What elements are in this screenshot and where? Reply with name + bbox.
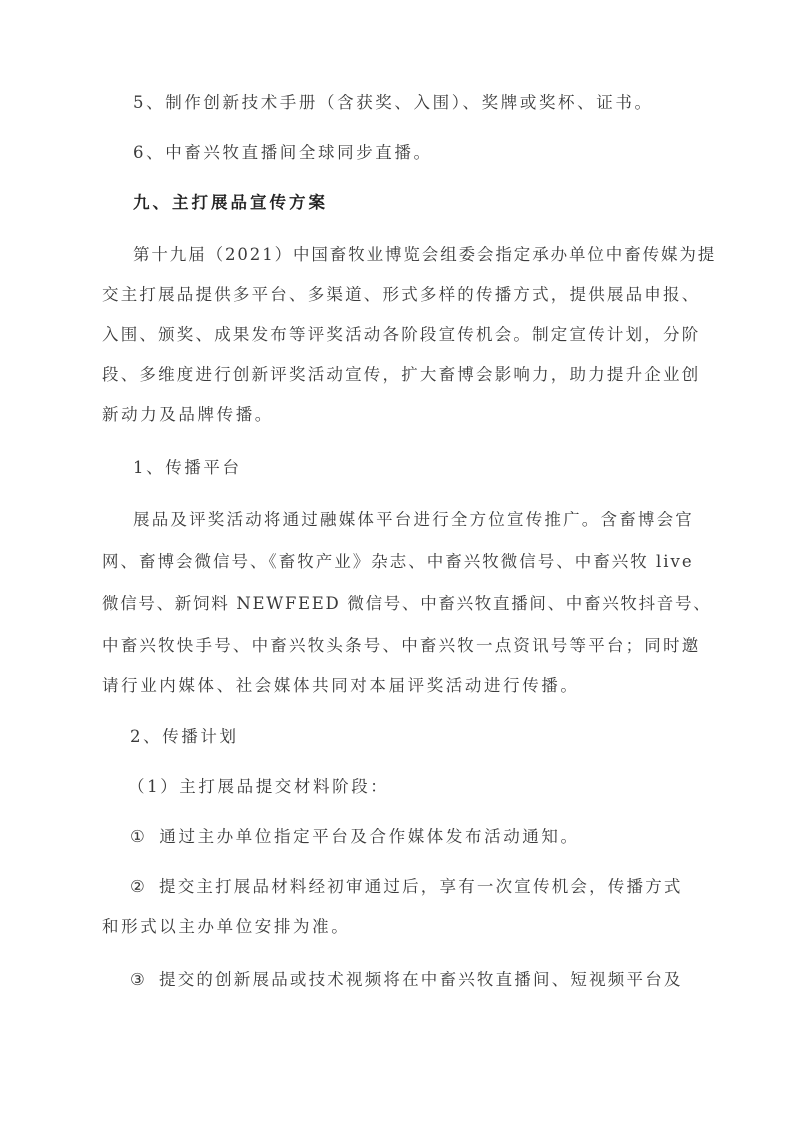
paragraph-line: 段、多维度进行创新评奖活动宣传，扩大畜博会影响力，助力提升企业创 — [102, 365, 700, 385]
point-text: 通过主办单位指定平台及合作媒体发布活动通知。 — [159, 827, 579, 846]
point-2: ②提交主打展品材料经初审通过后，享有一次宣传机会，传播方式 — [130, 877, 794, 897]
section-heading: 九、主打展品宣传方案 — [133, 193, 794, 213]
paragraph-line: 交主打展品提供多平台、多渠道、形式多样的传播方式，提供展品申报、 — [102, 285, 700, 305]
list-text: 制作创新技术手册（含获奖、入围）、奖牌或奖杯、证书。 — [165, 93, 653, 112]
circled-number-3: ③ — [130, 970, 147, 989]
paragraph-line: 入围、颁奖、成果发布等评奖活动各阶段宣传机会。制定宣传计划，分阶 — [102, 325, 700, 345]
subheading-platforms: 1、传播平台 — [133, 458, 794, 478]
paragraph-line: 网、畜博会微信号、《畜牧产业》杂志、中畜兴牧微信号、中畜兴牧 live — [102, 552, 794, 572]
circled-number-2: ② — [130, 877, 147, 896]
point-3: ③提交的创新展品或技术视频将在中畜兴牧直播间、短视频平台及 — [130, 970, 794, 990]
list-item-5: 5、制作创新技术手册（含获奖、入围）、奖牌或奖杯、证书。 — [133, 93, 794, 113]
point-1: ①通过主办单位指定平台及合作媒体发布活动通知。 — [130, 827, 794, 847]
list-number: 5、 — [133, 93, 165, 112]
paragraph-line: 微信号、新饲料 NEWFEED 微信号、中畜兴牧直播间、中畜兴牧抖音号、 — [102, 594, 794, 614]
subheading-plan: 2、传播计划 — [130, 727, 794, 747]
point-2-continued: 和形式以主办单位安排为准。 — [102, 917, 794, 937]
paragraph-line: 新动力及品牌传播。 — [102, 405, 794, 425]
paragraph-line: 请行业内媒体、社会媒体共同对本届评奖活动进行传播。 — [102, 676, 794, 696]
list-number: 6、 — [133, 143, 165, 162]
point-text: 提交主打展品材料经初审通过后，享有一次宣传机会，传播方式 — [159, 877, 683, 896]
list-item-6: 6、中畜兴牧直播间全球同步直播。 — [133, 143, 794, 163]
point-text: 提交的创新展品或技术视频将在中畜兴牧直播间、短视频平台及 — [159, 970, 683, 989]
circled-number-1: ① — [130, 827, 147, 846]
stage-heading: （1）主打展品提交材料阶段： — [128, 777, 794, 797]
paragraph-line: 展品及评奖活动将通过融媒体平台进行全方位宣传推广。含畜博会官 — [133, 510, 794, 530]
paragraph-line: 第十九届（2021）中国畜牧业博览会组委会指定承办单位中畜传媒为提 — [133, 245, 700, 265]
list-text: 中畜兴牧直播间全球同步直播。 — [165, 143, 432, 162]
paragraph-line: 中畜兴牧快手号、中畜兴牧头条号、中畜兴牧一点资讯号等平台；同时邀 — [102, 636, 794, 656]
